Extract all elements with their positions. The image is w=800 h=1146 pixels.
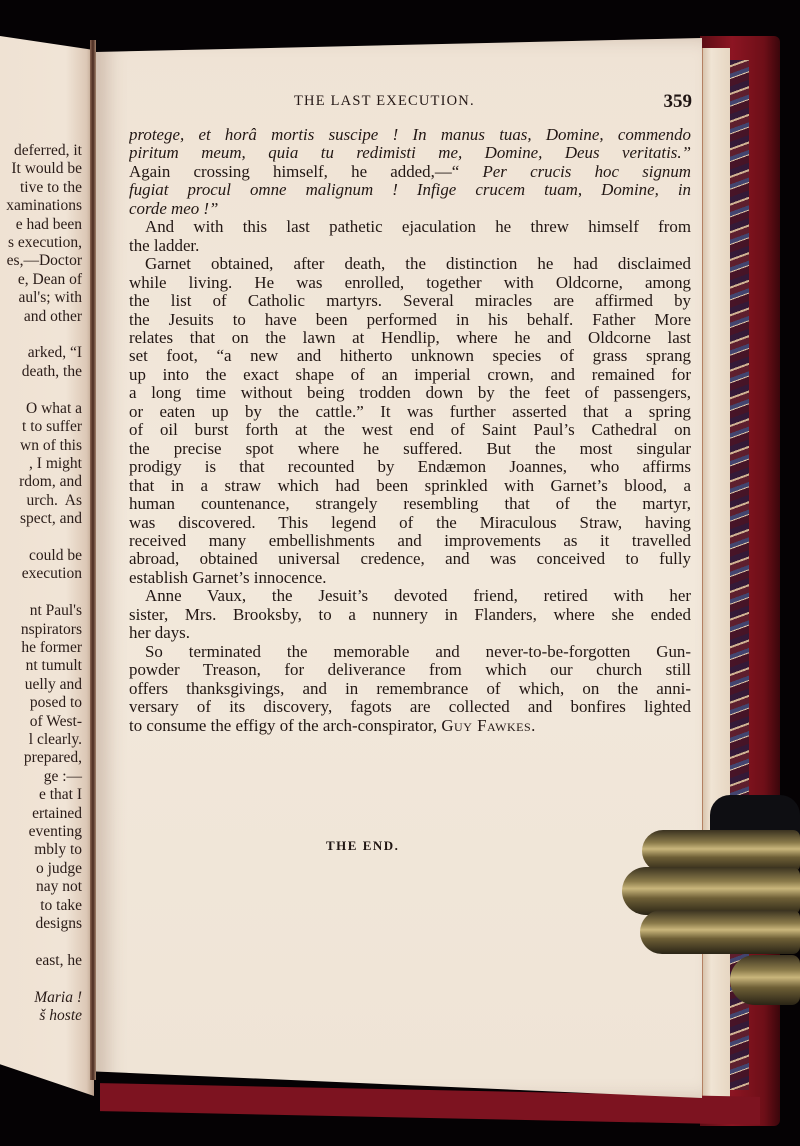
left-page: deferred, itIt would betive to thexamina… <box>0 36 94 1096</box>
text-line: offers thanksgivings, and in remembrance… <box>129 680 691 698</box>
text-line: received many embellishments and improve… <box>129 532 691 550</box>
text-line: versary of its discovery, fagots are col… <box>129 698 691 716</box>
text-line: a long time without being trodden down b… <box>129 384 691 402</box>
left-fragment-line: It would be <box>0 160 82 178</box>
left-fragment-line: ertained <box>0 805 82 823</box>
left-fragment-line: s execution, <box>0 234 82 252</box>
left-fragment-line <box>0 933 82 951</box>
left-fragment-line: nspirators <box>0 621 82 639</box>
text-line: Again crossing himself, he added,—“ Per … <box>129 163 691 181</box>
left-fragment-line: nt Paul's <box>0 602 82 620</box>
text-line: Anne Vaux, the Jesuit’s devoted friend, … <box>129 587 691 605</box>
left-fragment-line: xaminations <box>0 197 82 215</box>
text-line: powder Treason, for deliverance from whi… <box>129 661 691 679</box>
left-fragment-line: o judge <box>0 860 82 878</box>
left-fragment-line: designs <box>0 915 82 933</box>
left-fragment-line: he former <box>0 639 82 657</box>
page-number: 359 <box>664 91 693 113</box>
left-fragment-line: to take <box>0 897 82 915</box>
left-fragment-line: š hoste <box>0 1007 82 1025</box>
small-caps-name: Guy Fawkes. <box>441 717 536 735</box>
text-line: or eaten up by the cattle.” It was furth… <box>129 403 691 421</box>
left-fragment-line: posed to <box>0 694 82 712</box>
running-title: THE LAST EXECUTION. <box>294 93 475 110</box>
text-line: relates that on the lawn at Hendlip, whe… <box>129 329 691 347</box>
left-fragment-line: O what a <box>0 400 82 418</box>
left-fragment-line: uelly and <box>0 676 82 694</box>
left-fragment-line: wn of this <box>0 437 82 455</box>
left-fragment-line <box>0 970 82 988</box>
left-fragment-line: l clearly. <box>0 731 82 749</box>
text-line: sister, Mrs. Brooksby, to a nunnery in F… <box>129 606 691 624</box>
text-line: the precise spot where he suffered. But … <box>129 440 691 458</box>
left-fragment-line: t to suffer <box>0 418 82 436</box>
text-line: fugiat procul omne malignum ! Infige cru… <box>129 181 691 199</box>
text-line: set foot, “a new and hitherto unknown sp… <box>129 347 691 365</box>
left-fragment-line: arked, “I <box>0 344 82 362</box>
text-line: human countenance, strangely resembling … <box>129 495 691 513</box>
left-fragment-line <box>0 529 82 547</box>
left-fragment-line: es,—Doctor <box>0 252 82 270</box>
left-fragment-line <box>0 326 82 344</box>
left-fragment-line: Maria ! <box>0 989 82 1007</box>
text-line: abroad, obtained universal credence, and… <box>129 550 691 568</box>
left-fragment-line: urch. As <box>0 492 82 510</box>
clip-band-middle <box>622 867 800 915</box>
text-line: prodigy is that recounted by Endæmon Joa… <box>129 458 691 476</box>
left-fragment-line: spect, and <box>0 510 82 528</box>
text-line: was discovered. This legend of the Mirac… <box>129 514 691 532</box>
text-line: the ladder. <box>129 237 691 255</box>
text-line: that in a straw which had been sprinkled… <box>129 477 691 495</box>
left-fragment-line: e had been <box>0 216 82 234</box>
text-line: piritum meum, quia tu redimisti me, Domi… <box>129 144 691 162</box>
text-line: So terminated the memorable and never-to… <box>129 643 691 661</box>
book-gutter <box>90 40 96 1080</box>
left-fragment-line: eventing <box>0 823 82 841</box>
left-fragment-line <box>0 584 82 602</box>
left-fragment-line: e, Dean of <box>0 271 82 289</box>
clip-band-top <box>642 830 800 872</box>
text-line: of oil burst forth at the west end of Sa… <box>129 421 691 439</box>
clip-base <box>730 955 800 1005</box>
the-end-marker: THE END. <box>326 838 399 854</box>
left-fragment-line: tive to the <box>0 179 82 197</box>
page-body-text: protege, et horâ mortis suscipe ! In man… <box>129 126 691 735</box>
text-line: Garnet obtained, after death, the distin… <box>129 255 691 273</box>
right-page: THE LAST EXECUTION. 359 protege, et horâ… <box>96 38 702 1098</box>
brass-page-clip <box>622 815 800 1005</box>
left-fragment-line <box>0 381 82 399</box>
text-line: And with this last pathetic ejaculation … <box>129 218 691 236</box>
left-fragment-line: east, he <box>0 952 82 970</box>
left-fragment-line: death, the <box>0 363 82 381</box>
text-line: up into the exact shape of an imperial c… <box>129 366 691 384</box>
text-line: establish Garnet’s innocence. <box>129 569 691 587</box>
page-header: THE LAST EXECUTION. 359 <box>126 93 696 117</box>
text-line: to consume the effigy of the arch-conspi… <box>129 717 691 735</box>
left-fragment-line: aul's; with <box>0 289 82 307</box>
left-fragment-line: could be <box>0 547 82 565</box>
left-fragment-line: ge :— <box>0 768 82 786</box>
text-line: the Jesuits to have been performed in hi… <box>129 311 691 329</box>
left-fragment-line: prepared, <box>0 749 82 767</box>
left-fragment-line: deferred, it <box>0 142 82 160</box>
left-fragment-line: mbly to <box>0 841 82 859</box>
left-fragment-line: nay not <box>0 878 82 896</box>
left-page-text-fragments: deferred, itIt would betive to thexamina… <box>0 142 82 1026</box>
text-line: protege, et horâ mortis suscipe ! In man… <box>129 126 691 144</box>
text-line: her days. <box>129 624 691 642</box>
left-fragment-line: rdom, and <box>0 473 82 491</box>
left-fragment-line: execution <box>0 565 82 583</box>
left-fragment-line: and other <box>0 308 82 326</box>
text-line: the list of Catholic martyrs. Several mi… <box>129 292 691 310</box>
text-line: corde meo !” <box>129 200 691 218</box>
text-line: while living. He was enrolled, together … <box>129 274 691 292</box>
clip-band-lower <box>640 910 800 954</box>
left-fragment-line: e that I <box>0 786 82 804</box>
left-fragment-line: nt tumult <box>0 657 82 675</box>
left-fragment-line: , I might <box>0 455 82 473</box>
left-fragment-line: of West- <box>0 713 82 731</box>
